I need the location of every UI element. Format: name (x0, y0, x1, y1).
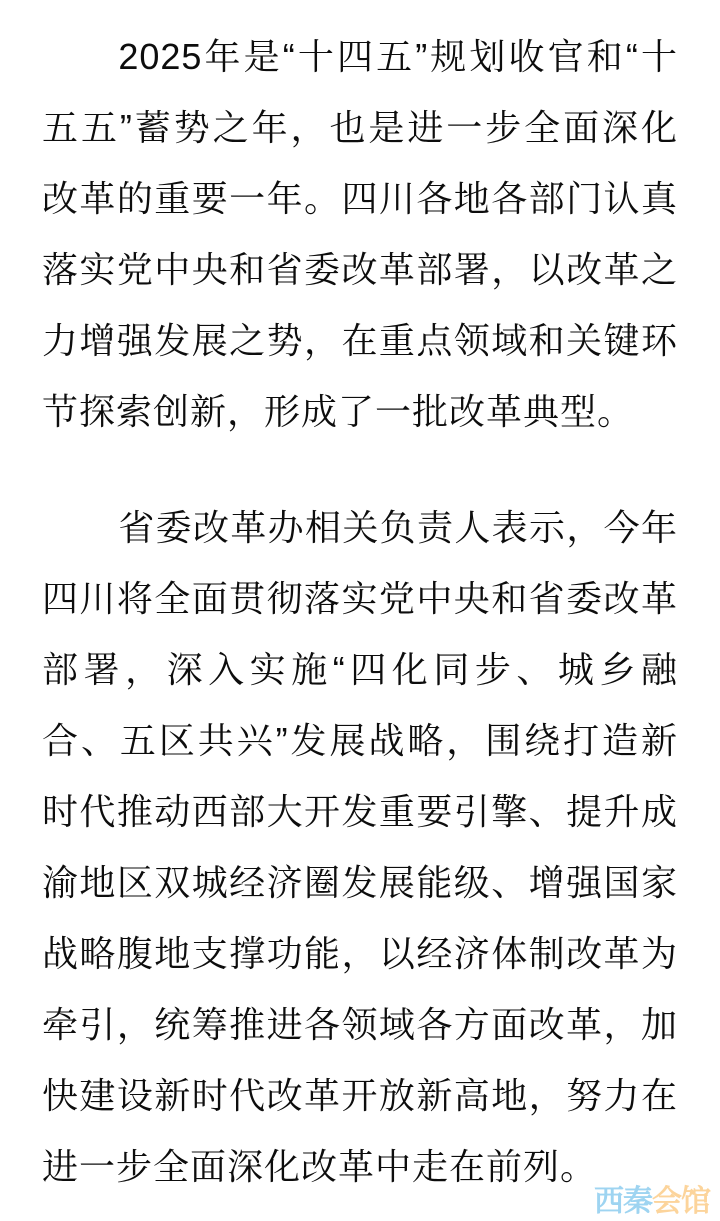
text-line: 快建设新时代改革开放新高地，努力在 (42, 1060, 678, 1131)
text-line: 2025年是“十四五”规划收官和“十 (42, 21, 678, 92)
paragraph-1: 2025年是“十四五”规划收官和“十五五”蓄势之年，也是进一步全面深化改革的重要… (42, 21, 678, 447)
watermark: 西秦会馆 (594, 1187, 710, 1217)
text-line: 省委改革办相关负责人表示，今年 (42, 492, 678, 563)
watermark-part-1: 西秦 (594, 1185, 652, 1218)
text-line: 牵引，统筹推进各领域各方面改革，加 (42, 989, 678, 1060)
text-line: 战略腹地支撑功能，以经济体制改革为 (42, 918, 678, 989)
paragraph-2: 省委改革办相关负责人表示，今年四川将全面贯彻落实党中央和省委改革部署，深入实施“… (42, 492, 678, 1202)
text-line: 进一步全面深化改革中走在前列。 (42, 1131, 678, 1202)
text-line: 四川将全面贯彻落实党中央和省委改革 (42, 563, 678, 634)
text-line: 力增强发展之势，在重点领域和关键环 (42, 305, 678, 376)
text-line: 时代推动西部大开发重要引擎、提升成 (42, 776, 678, 847)
text-line: 合、五区共兴”发展战略，围绕打造新 (42, 705, 678, 776)
text-line: 节探索创新，形成了一批改革典型。 (42, 376, 678, 447)
text-line: 落实党中央和省委改革部署，以改革之 (42, 234, 678, 305)
text-line: 渝地区双城经济圈发展能级、增强国家 (42, 847, 678, 918)
text-line: 五五”蓄势之年，也是进一步全面深化 (42, 92, 678, 163)
text-line: 部署，深入实施“四化同步、城乡融 (42, 634, 678, 705)
article-page: 2025年是“十四五”规划收官和“十五五”蓄势之年，也是进一步全面深化改革的重要… (0, 0, 720, 1221)
text-line: 改革的重要一年。四川各地各部门认真 (42, 163, 678, 234)
watermark-part-2: 会馆 (652, 1185, 710, 1218)
article-body: 2025年是“十四五”规划收官和“十五五”蓄势之年，也是进一步全面深化改革的重要… (0, 0, 720, 1202)
